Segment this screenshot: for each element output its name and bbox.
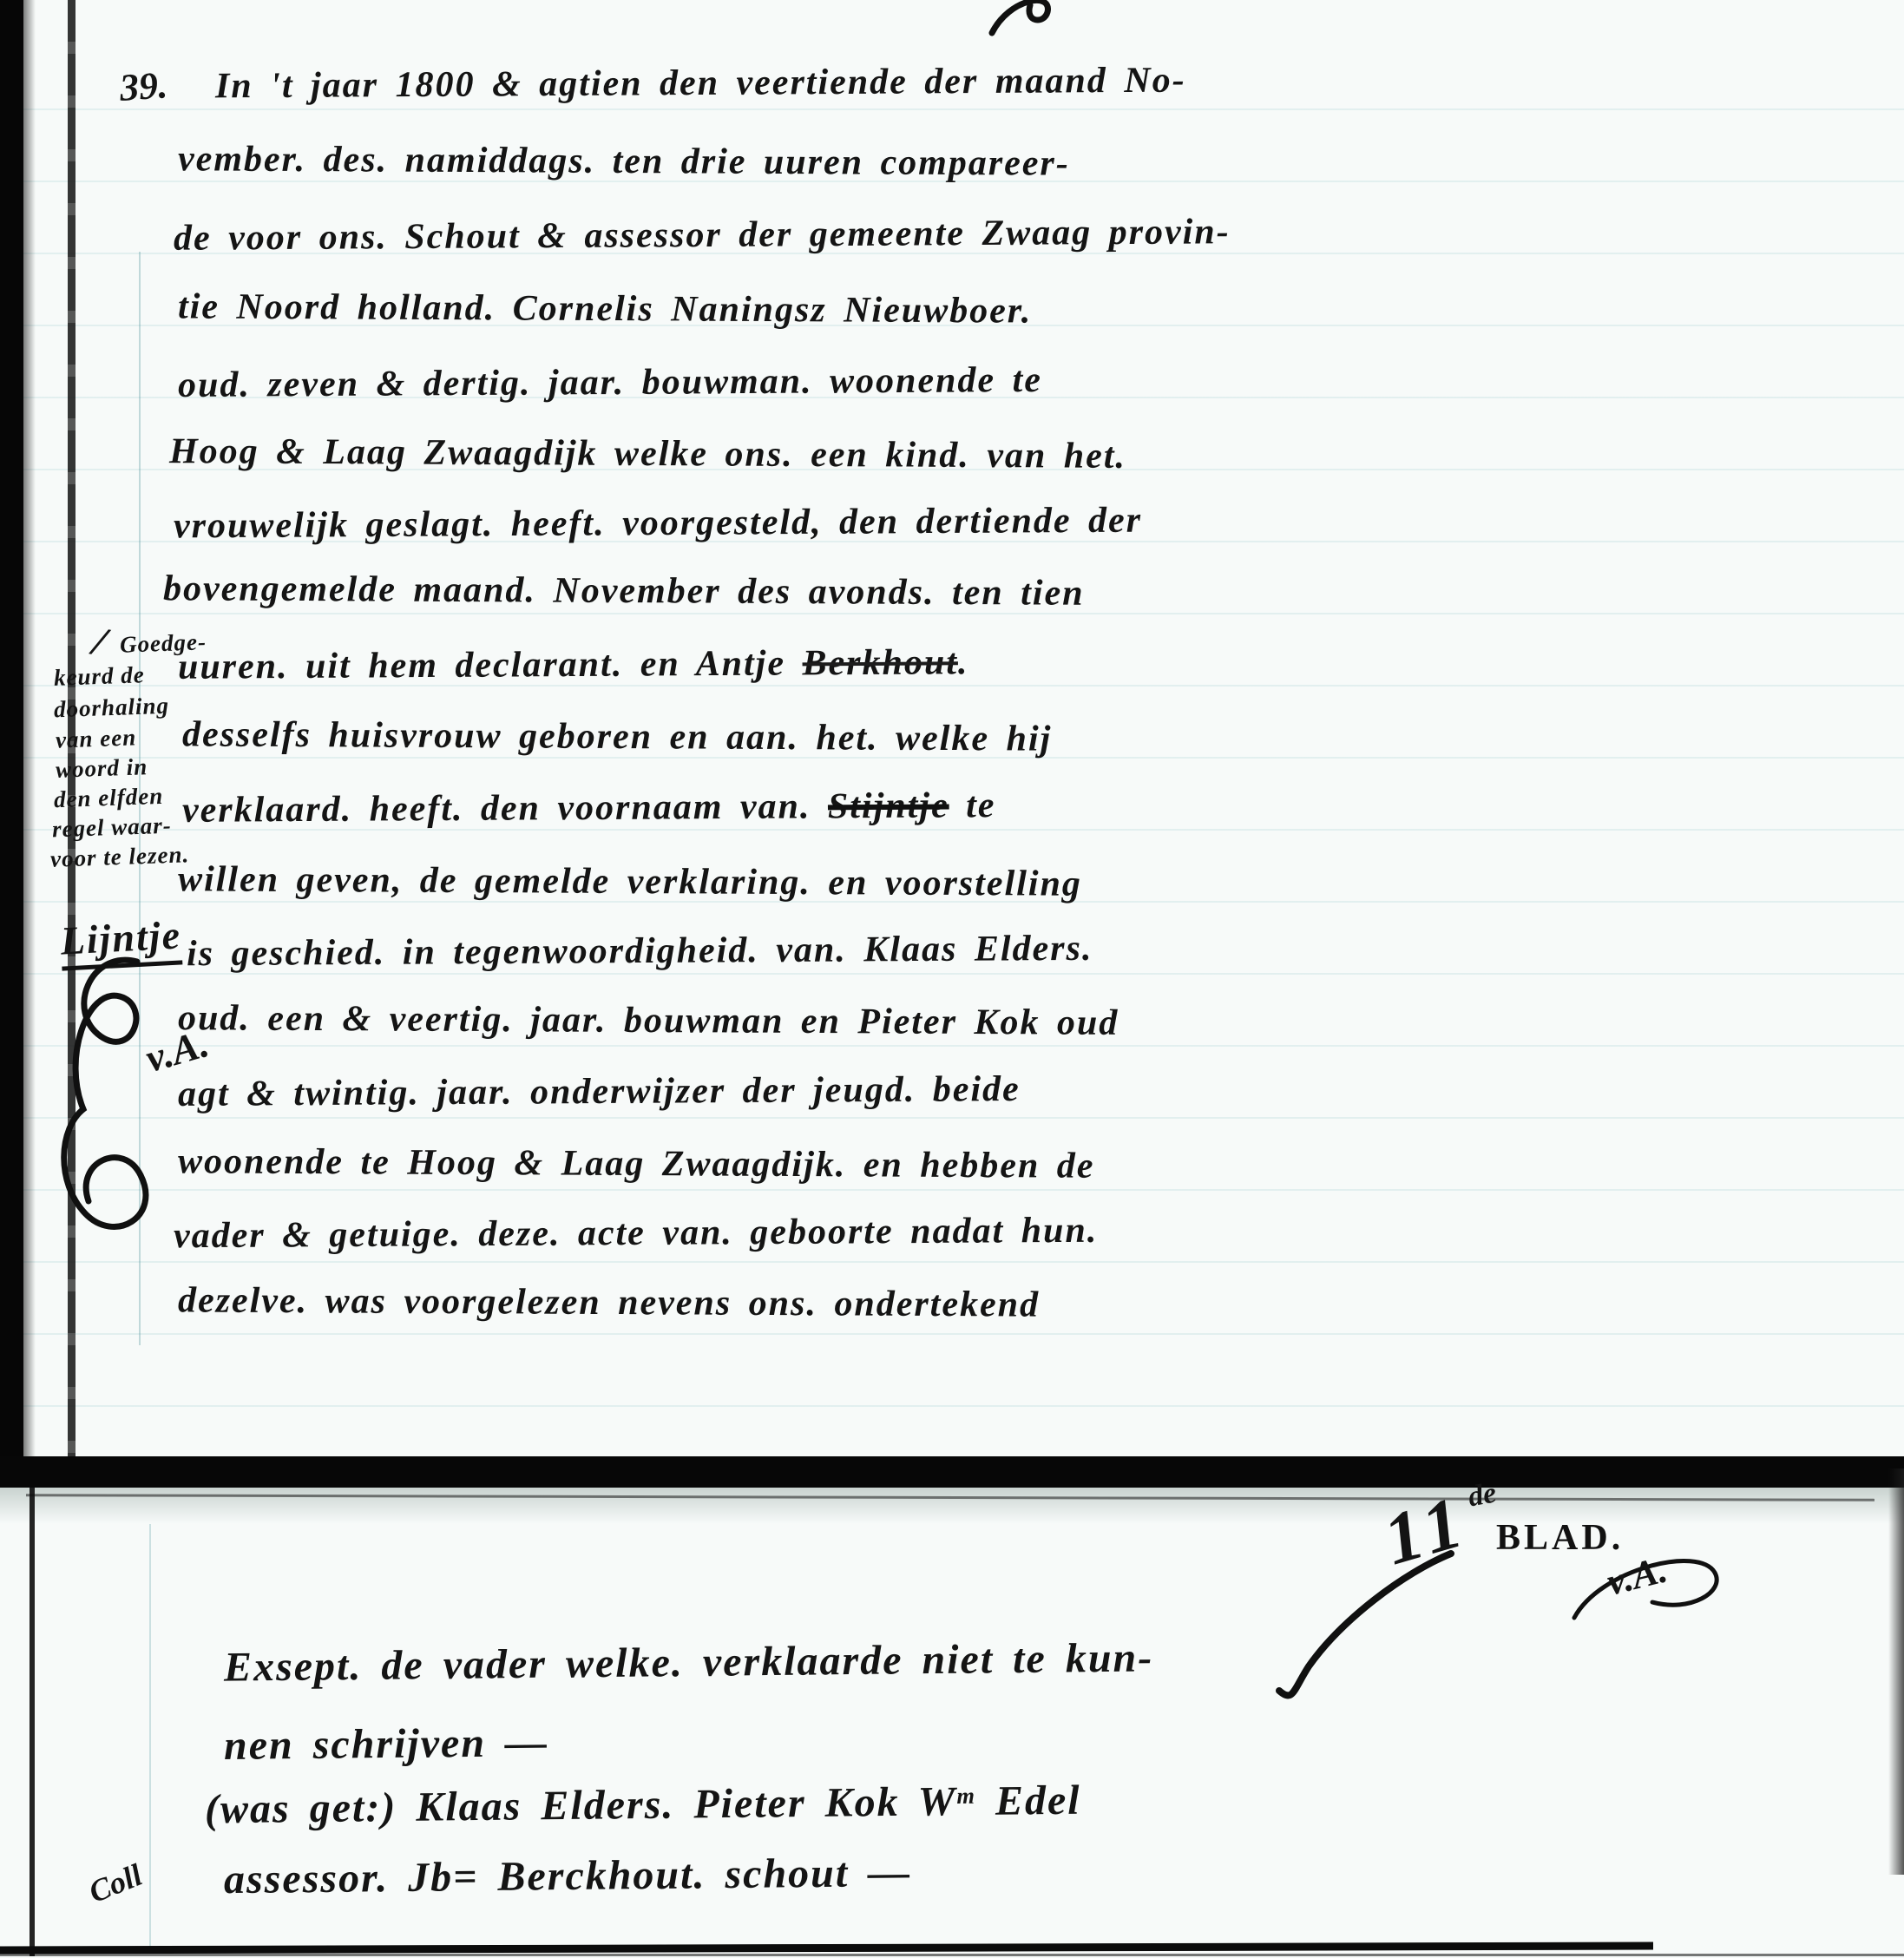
binding-strip <box>0 0 23 1468</box>
line-text: uuren. uit hem declarant. en Antje <box>178 643 803 687</box>
body-line: willen geven, de gemelde verklaring. en … <box>178 861 1082 902</box>
page-divider <box>0 1456 1904 1488</box>
body-line: vrouwelijk geslagt. heeft. voorgesteld, … <box>174 503 1142 545</box>
body-line: is geschied. in tegenwoordigheid. van. K… <box>187 930 1093 972</box>
body-line: In 't jaar 1800 & agtien den veertiende … <box>215 62 1186 105</box>
page2-right-edge <box>1888 1468 1904 1875</box>
line-text: te <box>949 785 996 825</box>
body-line: vember. des. namiddags. ten drie uuren c… <box>178 141 1070 181</box>
body-line: tie Noord holland. Cornelis Naningsz Nie… <box>178 288 1033 329</box>
line-text: Edel <box>976 1777 1081 1824</box>
body-line: oud. een & veertig. jaar. bouwman en Pie… <box>178 1000 1119 1041</box>
body-line: de voor ons. Schout & assessor der gemee… <box>174 214 1231 256</box>
closing-line: nen schrijven — <box>224 1722 549 1767</box>
body-line: agt & twintig. jaar. onderwijzer der jeu… <box>178 1071 1021 1113</box>
body-line: vader & getuige. deze. acte van. geboort… <box>174 1212 1099 1255</box>
signature-line: assessor. Jb= Berckhout. schout — <box>224 1852 912 1901</box>
margin-lead-mark: / <box>89 621 109 664</box>
line-text: . <box>958 642 969 682</box>
body-line: woonende te Hoog & Laag Zwaagdijk. en he… <box>178 1143 1095 1185</box>
margin-note-line: Goedge- <box>120 630 207 656</box>
superscript: m <box>956 1783 976 1809</box>
binding-edge-shade <box>23 0 36 1468</box>
page2-bottom-line <box>0 1942 1653 1955</box>
line-text: verklaard. heeft. den voornaam van. <box>182 786 828 831</box>
margin-note-line: voor te lezen. <box>50 843 190 871</box>
body-line-with-strikethrough: verklaard. heeft. den voornaam van. Stij… <box>182 787 996 829</box>
coll-mark: Coll <box>85 1859 147 1909</box>
body-line-with-strikethrough: uuren. uit hem declarant. en Antje Berkh… <box>178 644 969 686</box>
struck-word: Stijntje <box>828 785 949 826</box>
body-line: Hoog & Laag Zwaagdijk welke ons. een kin… <box>169 433 1126 475</box>
closing-line: Exsept. de vader welke. verklaarde niet … <box>224 1637 1154 1688</box>
struck-word: Berkhout <box>802 642 958 683</box>
record-number: 39. <box>119 66 169 108</box>
check-stroke-icon <box>1274 1552 1456 1708</box>
cutoff-stroke-icon <box>985 0 1106 38</box>
margin-note-line: keurd de <box>54 663 146 690</box>
body-line: dezelve. was voorgelezen nevens ons. ond… <box>178 1282 1040 1323</box>
line-text: (was get:) Klaas Elders. Pieter Kok W <box>205 1778 957 1832</box>
margin-note-line: regel waar- <box>52 814 173 842</box>
sheet-ordinal: de <box>1466 1478 1499 1512</box>
paraaf-flourish-icon <box>50 955 198 1250</box>
margin-note-line: den elfden <box>54 785 164 811</box>
scanned-birth-record: 39. In 't jaar 1800 & agtien den veertie… <box>0 0 1904 1958</box>
body-line: desselfs huisvrouw geboren en aan. het. … <box>182 716 1052 757</box>
margin-rule-vertical-bottom <box>149 1524 151 1949</box>
margin-note-line: woord in <box>56 755 148 782</box>
signature-line: (was get:) Klaas Elders. Pieter Kok Wm E… <box>205 1780 1081 1831</box>
body-line: oud. zeven & dertig. jaar. bouwman. woon… <box>178 362 1042 404</box>
margin-note-line: van een <box>56 726 137 752</box>
margin-note-line: doorhaling <box>54 694 170 722</box>
page2-left-edge <box>30 1488 35 1956</box>
body-line: bovengemelde maand. November des avonds.… <box>163 570 1085 612</box>
page2-bottom-line-thin <box>0 1954 1904 1956</box>
